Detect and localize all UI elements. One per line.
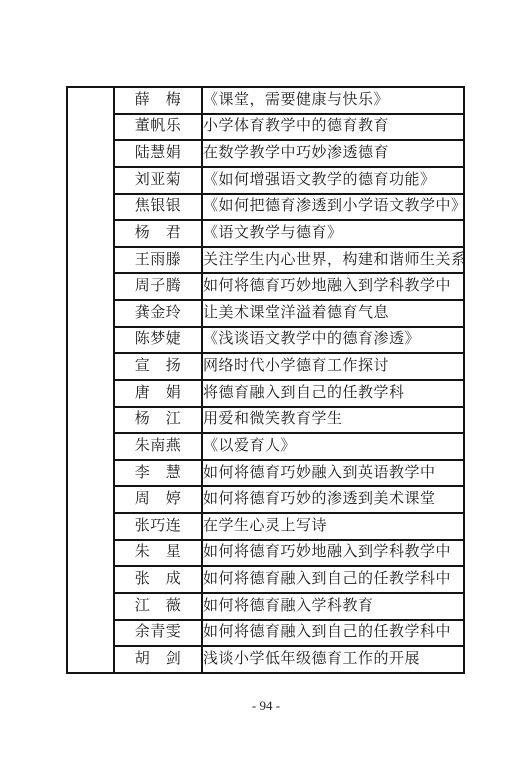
author-name-cell: 焦银银	[114, 194, 202, 221]
article-title-cell: 《课堂，需要健康与快乐》	[202, 87, 464, 114]
author-name-cell: 朱南燕	[114, 433, 202, 460]
article-title-cell: 《浅谈语文教学中的德育渗透》	[202, 327, 464, 354]
table-row: 杨 君 《语文教学与德育》	[67, 220, 464, 247]
article-title-cell: 如何将德育巧妙地融入到学科教学中	[202, 273, 464, 300]
table-row: 余青雯 如何将德育融入到自己的任教学科中	[67, 620, 464, 647]
article-title-cell: 如何将德育巧妙的渗透到美术课堂	[202, 486, 464, 513]
article-title-cell: 《以爱育人》	[202, 433, 464, 460]
table-row: 薛 梅 《课堂，需要健康与快乐》	[67, 87, 464, 114]
table-row: 杨 江 用爱和微笑教育学生	[67, 407, 464, 434]
article-title-cell: 如何将德育融入学科教育	[202, 593, 464, 620]
author-name-cell: 宣 扬	[114, 353, 202, 380]
author-name-cell: 陈梦婕	[114, 327, 202, 354]
article-title-cell: 让美术课堂洋溢着德育气息	[202, 300, 464, 327]
author-name-cell: 陆慧娟	[114, 140, 202, 167]
author-name-cell: 李 慧	[114, 460, 202, 487]
author-name-cell: 董帆乐	[114, 114, 202, 141]
table-row: 朱南燕 《以爱育人》	[67, 433, 464, 460]
author-name-cell: 余青雯	[114, 620, 202, 647]
article-title-cell: 《如何把德育渗透到小学语文教学中》	[202, 194, 464, 221]
article-title-cell: 如何将德育巧妙地融入到学科教学中	[202, 540, 464, 567]
author-name-cell: 张巧连	[114, 513, 202, 540]
table-row: 江 薇 如何将德育融入学科教育	[67, 593, 464, 620]
empty-left-column-cell	[67, 87, 114, 673]
author-name-cell: 周子腾	[114, 273, 202, 300]
table-row: 刘亚菊 《如何增强语文教学的德育功能》	[67, 167, 464, 194]
table-row: 周 婷 如何将德育巧妙的渗透到美术课堂	[67, 486, 464, 513]
table-row: 董帆乐 小学体育教学中的德育教育	[67, 114, 464, 141]
author-name-cell: 杨 江	[114, 407, 202, 434]
author-name-cell: 张 成	[114, 566, 202, 593]
article-title-cell: 《语文教学与德育》	[202, 220, 464, 247]
article-title-cell: 在学生心灵上写诗	[202, 513, 464, 540]
article-title-cell: 将德育融入到自己的任教学科	[202, 380, 464, 407]
table-row: 张 成 如何将德育融入到自己的任教学科中	[67, 566, 464, 593]
table-row: 张巧连 在学生心灵上写诗	[67, 513, 464, 540]
article-title-cell: 如何将德育融入到自己的任教学科中	[202, 620, 464, 647]
article-title-cell: 如何将德育巧妙融入到英语教学中	[202, 460, 464, 487]
author-name-cell: 胡 剑	[114, 646, 202, 673]
article-title-cell: 用爱和微笑教育学生	[202, 407, 464, 434]
author-name-cell: 龚金玲	[114, 300, 202, 327]
table-row: 周子腾 如何将德育巧妙地融入到学科教学中	[67, 273, 464, 300]
author-name-cell: 杨 君	[114, 220, 202, 247]
table-row: 朱 星 如何将德育巧妙地融入到学科教学中	[67, 540, 464, 567]
author-name-cell: 薛 梅	[114, 87, 202, 114]
authors-articles-table: 薛 梅 《课堂，需要健康与快乐》 董帆乐 小学体育教学中的德育教育 陆慧娟 在数…	[66, 86, 465, 674]
author-name-cell: 江 薇	[114, 593, 202, 620]
table-row: 龚金玲 让美术课堂洋溢着德育气息	[67, 300, 464, 327]
article-title-cell: 浅谈小学低年级德育工作的开展	[202, 646, 464, 673]
article-title-cell: 如何将德育融入到自己的任教学科中	[202, 566, 464, 593]
table-row: 唐 娟 将德育融入到自己的任教学科	[67, 380, 464, 407]
article-title-cell: 关注学生内心世界，构建和谐师生关系	[202, 247, 464, 274]
article-title-cell: 小学体育教学中的德育教育	[202, 114, 464, 141]
author-name-cell: 周 婷	[114, 486, 202, 513]
table-row: 陈梦婕 《浅谈语文教学中的德育渗透》	[67, 327, 464, 354]
table-row: 宣 扬 网络时代小学德育工作探讨	[67, 353, 464, 380]
author-name-cell: 王雨滕	[114, 247, 202, 274]
article-title-cell: 在数学教学中巧妙渗透德育	[202, 140, 464, 167]
article-title-cell: 《如何增强语文教学的德育功能》	[202, 167, 464, 194]
table-row: 胡 剑 浅谈小学低年级德育工作的开展	[67, 646, 464, 673]
table-row: 焦银银 《如何把德育渗透到小学语文教学中》	[67, 194, 464, 221]
table-row: 王雨滕 关注学生内心世界，构建和谐师生关系	[67, 247, 464, 274]
table-row: 李 慧 如何将德育巧妙融入到英语教学中	[67, 460, 464, 487]
author-name-cell: 刘亚菊	[114, 167, 202, 194]
page-number: - 94 -	[0, 698, 532, 714]
table-row: 陆慧娟 在数学教学中巧妙渗透德育	[67, 140, 464, 167]
article-title-cell: 网络时代小学德育工作探讨	[202, 353, 464, 380]
author-name-cell: 朱 星	[114, 540, 202, 567]
author-name-cell: 唐 娟	[114, 380, 202, 407]
